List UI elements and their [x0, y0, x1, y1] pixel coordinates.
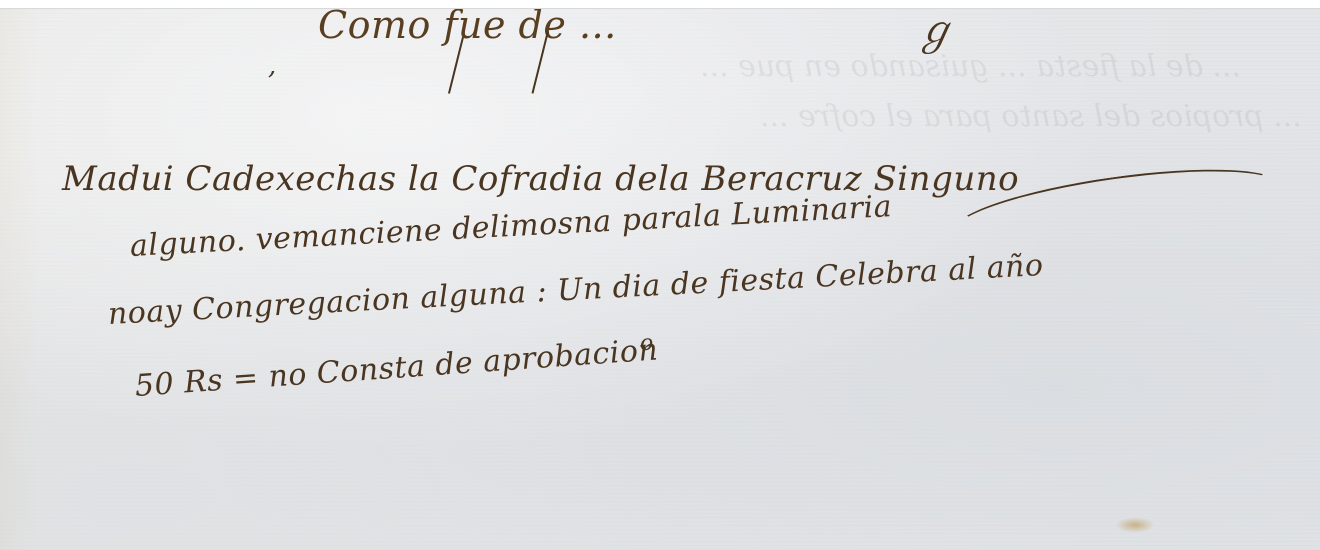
- bleed-through-text: ... propios del santo para el cofre ...: [760, 99, 1302, 134]
- manuscript-line-3: noay Congregacion alguna : Un dia de fie…: [107, 248, 1044, 332]
- manuscript-line-2: alguno. vemanciene delimosna parala Lumi…: [129, 189, 893, 264]
- flourish-glyph: ℊ: [915, 8, 956, 56]
- comma-mark: ,: [268, 51, 277, 81]
- manuscript-line-4: 50 Rs = no Consta de aprobacion: [134, 332, 660, 403]
- heading-text: Como fue de ...: [318, 8, 617, 47]
- bleed-through-text: ... de la fiesta ... guisando en pue ...: [700, 49, 1241, 84]
- manuscript-page: ... de la fiesta ... guisando en pue ...…: [0, 8, 1320, 549]
- paper-stain: [1115, 517, 1155, 533]
